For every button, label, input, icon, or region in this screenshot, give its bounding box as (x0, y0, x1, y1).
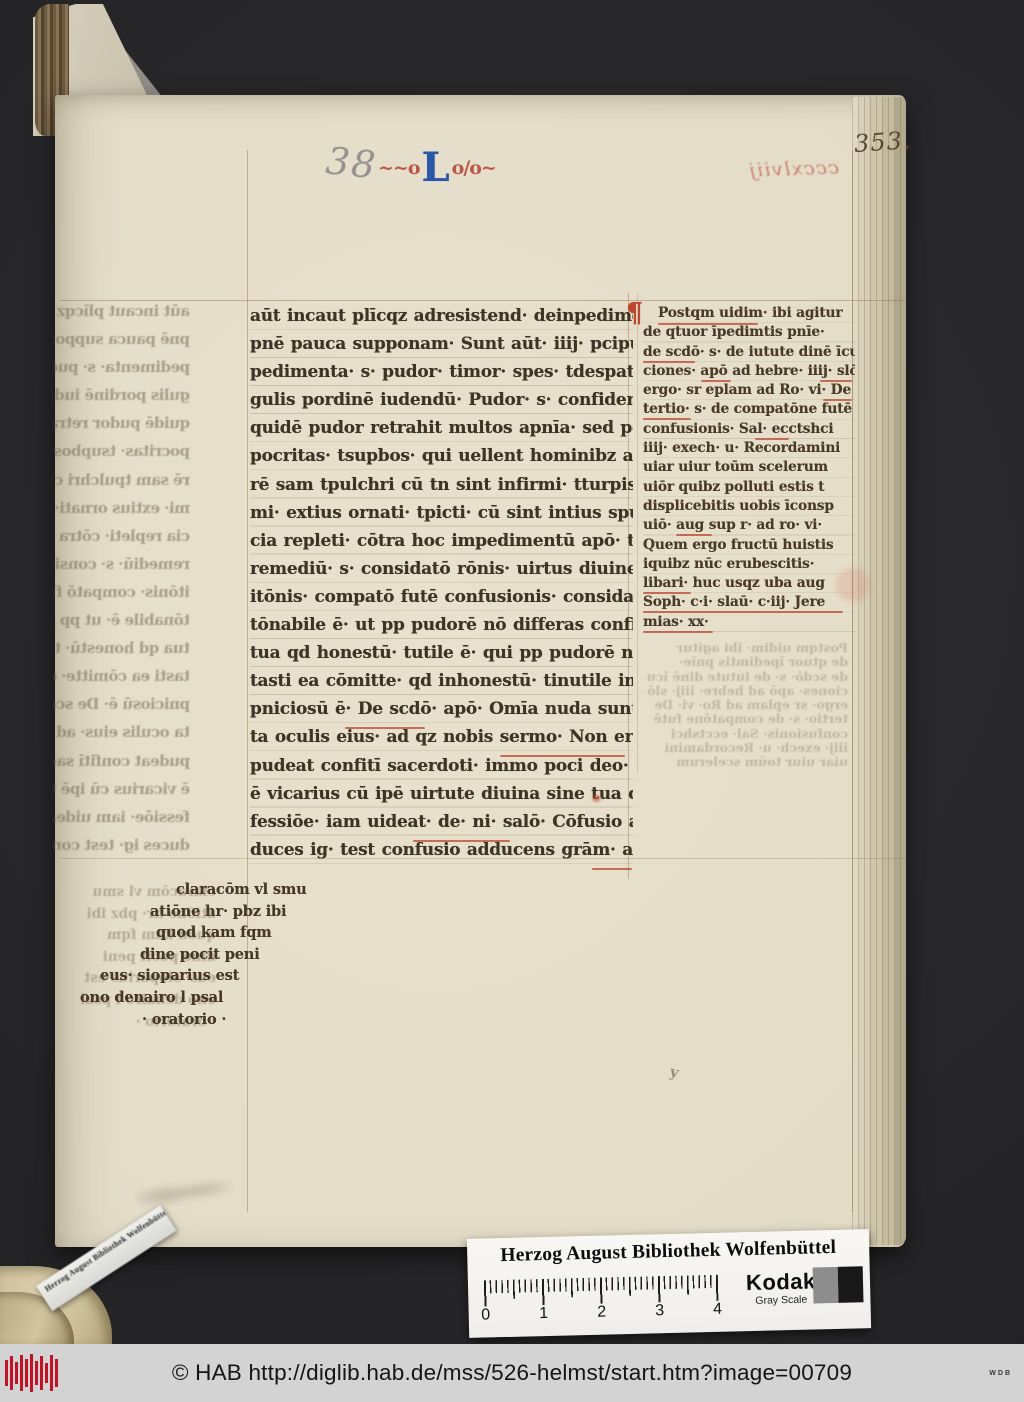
text-line: mi· extius ornati· tpicti· cū sint intiu… (250, 499, 633, 527)
text-line: confusionis· Sal· ecctshci (648, 727, 848, 741)
running-title: ~~o L o/o~ (378, 148, 496, 188)
kodak-subtitle: Gray Scale (746, 1293, 816, 1307)
text-line: pedimenta· s· pudor· timor· spes· tdespa… (250, 358, 633, 386)
red-underline (345, 727, 425, 729)
text-line: eus· sioparius est (58, 965, 358, 987)
text-line: dine pocit peni (58, 944, 358, 966)
text-line: ergo· sr eplam ad Ro· vi· De (648, 698, 848, 712)
text-line: ciones· apō ad hebre· iiij· slō (648, 684, 848, 698)
text-line: 2 (595, 1304, 607, 1322)
red-flourish-right: o/o~ (452, 157, 496, 179)
gloss-column: Postqm uidim· ibi agiturde qtuor īpedimt… (643, 304, 855, 636)
gray-patch (813, 1267, 839, 1304)
text-line: uiar uiur toūm scelerum (648, 755, 848, 769)
ruling-line (637, 293, 638, 773)
page-edge-stack (852, 97, 906, 1245)
text-line: de qtuor īpedimtis pnīe· (643, 323, 855, 342)
text-line: Quem ergo fructū huistis (643, 536, 855, 555)
text-line: iiij· exech· u· Recordamini (648, 741, 848, 755)
red-folio-numeral: cccxlviij (748, 156, 840, 181)
text-line: · oratorio · (58, 1009, 358, 1031)
text-line: iiij· exech· u· Recordamini (643, 439, 855, 458)
text-line: remediū· s· considatō rōnis· uirtus diui… (54, 550, 190, 578)
text-line: tasti ea cōmitte· qd inhonestū· tinutile… (54, 662, 190, 690)
text-line: quod kam fqm (58, 922, 358, 944)
text-line: ta oculis eius· ad qz nobis sermo· Non e… (54, 718, 190, 746)
red-flourish-left: ~~o (378, 157, 420, 179)
text-line: de scdō· s· de iutute dinē īcui (643, 343, 855, 362)
text-line: rē sam tpulchri cū tn sint infirmi· ttur… (250, 471, 633, 499)
hab-barcode-logo (5, 1353, 61, 1393)
text-line: Postqm uidim· ibi agitur (648, 641, 848, 655)
black-patch (838, 1266, 864, 1303)
cm-ruler: 01234 (484, 1274, 737, 1324)
text-line: ē vicarius cū ipē uirtute diuina sine tu… (54, 775, 190, 803)
text-line: pudeat confitī sacerdoti· immo poci deo·… (54, 747, 190, 775)
text-line: aūt incaut plīcqz adresistend· deinpedim… (54, 297, 190, 325)
text-line: fessiōe· iam uideat· de· ni· salō· Cōfus… (54, 803, 190, 831)
text-line: iquibz nūc erubescitis· (643, 555, 855, 574)
text-line: pnē pauca supponam· Sunt aūt· iiij· pcip… (54, 325, 190, 353)
gray-patches (813, 1266, 864, 1303)
ruling-line (247, 150, 248, 1212)
text-line: pocritas· tsupbos· qui uellent hominibz … (250, 442, 633, 470)
text-line: tua qd honestū· tutile ē· qui pp pudorē … (54, 634, 190, 662)
text-line: 1 (537, 1305, 549, 1323)
text-line: tertio· s· de compatōne futē (648, 712, 848, 726)
red-underline (658, 323, 758, 325)
wdb-watermark: WDB (989, 1370, 1012, 1377)
text-line: tōnabile ē· ut pp pudorē nō differas con… (54, 606, 190, 634)
text-line: duces ig· test confusio adducens grām· a… (54, 831, 190, 859)
text-line: uiōr quibz polluti estis t (643, 478, 855, 497)
showthrough-left-column: aūt incaut plīcqz adresistend· deinpedim… (54, 297, 190, 861)
text-line: tertio· s· de compatōne futē (643, 400, 855, 419)
text-line: atiōne hr· pbz ibi (58, 901, 358, 923)
red-underline (643, 631, 713, 633)
text-line: quidē pudor retrahit multos apnīa· sed p… (250, 414, 633, 442)
color-reference-card: Herzog August Bibliothek Wolfenbüttel 01… (467, 1229, 871, 1338)
text-line: aūt incaut plīcqz adresistend· deinpedim… (250, 302, 633, 330)
text-line: Soph· c·i· slaū· c·iij· Jere (643, 593, 855, 612)
text-line: gulis pordinē iudendū· Pudor· s· confide… (250, 386, 633, 414)
text-line: itōnis· compatō futē confusionis· consid… (250, 583, 633, 611)
red-underline (643, 592, 691, 594)
faint-red-stamp (836, 568, 870, 602)
text-line: mias· xx· (643, 613, 855, 632)
red-underline (413, 840, 510, 842)
text-line: ergo· sr eplam ad Ro· vi· De (643, 381, 855, 400)
text-line: confusionis· Sal· ecctshci (643, 420, 855, 439)
text-line: displicebitis uobis īconsp (643, 497, 855, 516)
text-line: uiar uiur toūm scelerum (643, 458, 855, 477)
text-line: pedimenta· s· pudor· timor· spes· tdespa… (54, 353, 190, 381)
text-line: remediū· s· considatō rōnis· uirtus diui… (250, 555, 633, 583)
folio-number: 353. (853, 126, 912, 158)
main-text-column: aūt incaut plīcqz adresistend· deinpedim… (250, 302, 633, 870)
red-underline (676, 534, 712, 536)
red-underline (755, 438, 789, 440)
red-underline (643, 611, 843, 613)
text-line: pniciosū ē· De scdō· apō· Omīa nuda sunt… (54, 690, 190, 718)
text-line: gulis pordinē iudendū· Pudor· s· confide… (54, 381, 190, 409)
text-line: 0 (480, 1306, 492, 1324)
text-line: uiō· aug sup r· ad ro· vi· (643, 516, 855, 535)
text-line: cia repleti· cōtra hoc impedimentū apō· … (54, 522, 190, 550)
text-line: ta oculis eius· ad qz nobis sermo· Non e… (250, 723, 633, 751)
text-line: rē sam tpulchri cū tn sint infirmi· ttur… (54, 466, 190, 494)
text-line: tōnabile ē· ut pp pudorē nō differas con… (250, 611, 633, 639)
text-line: pniciosū ē· De scdō· apō· Omīa nuda sunt… (250, 695, 633, 723)
red-underline (701, 380, 731, 382)
copyright-caption: © HAB http://diglib.hab.de/mss/526-helms… (70, 1344, 954, 1402)
text-line: libari· huc usqz uba aug (643, 574, 855, 593)
text-line: de scdō· s· de iutute dinē īcui (648, 670, 848, 684)
text-line: ciones· apō ad hebre· iiij· slō (643, 362, 855, 381)
red-underline (500, 755, 625, 757)
showthrough-gloss: Postqm uidim· ibi agiturde qtuor īpedimt… (648, 641, 848, 769)
marginal-note: claracōm vl smuatiōne hr· pbz ibiquod ka… (58, 879, 358, 1030)
text-line: claracōm vl smu (58, 879, 358, 901)
red-underline (592, 868, 632, 870)
text-line: tasti ea cōmitte· qd inhonestū· tinutile… (250, 667, 633, 695)
red-underline (820, 380, 852, 382)
text-line: ono denairo l psal (58, 987, 358, 1009)
kodak-brand: Kodak (746, 1270, 816, 1294)
text-line: quidē pudor retrahit multos apnīa· sed p… (54, 409, 190, 437)
text-line: cia repleti· cōtra hoc impedimentū apō· … (250, 527, 633, 555)
text-line: fessiōe· iam uideat· de· ni· salō· Cōfus… (250, 808, 633, 836)
text-line: pocritas· tsupbos· qui uellent hominibz … (54, 437, 190, 465)
text-line: Postqm uidim· ibi agitur (643, 304, 855, 323)
red-ink-spot (592, 795, 601, 802)
paraph-icon: ¶ (626, 298, 643, 329)
caption-bar: © HAB http://diglib.hab.de/mss/526-helms… (0, 1344, 1024, 1402)
photograph: 38 ~~o L o/o~ 353. cccxlviij aūt incaut … (0, 0, 1024, 1402)
kodak-block: Kodak Gray Scale (746, 1270, 817, 1307)
text-line: 4 (711, 1301, 723, 1319)
pencil-quire-mark: 38 (324, 139, 379, 187)
running-title-letter: L (422, 148, 450, 188)
red-underline (823, 399, 852, 401)
text-line: pnē pauca supponam· Sunt aūt· iiij· pcip… (250, 330, 633, 358)
red-underline (643, 418, 691, 420)
text-line: ē vicarius cū ipē uirtute diuina sine tu… (250, 780, 633, 808)
red-underline (643, 361, 695, 363)
text-line: mi· extius ornati· tpicti· cū sint intiu… (54, 494, 190, 522)
text-line: 3 (653, 1302, 665, 1320)
text-line: tua qd honestū· tutile ē· qui pp pudorē … (250, 639, 633, 667)
text-line: itōnis· compatō futē confusionis· consid… (54, 578, 190, 606)
text-line: de qtuor īpedimtis pnīe· (648, 655, 848, 669)
